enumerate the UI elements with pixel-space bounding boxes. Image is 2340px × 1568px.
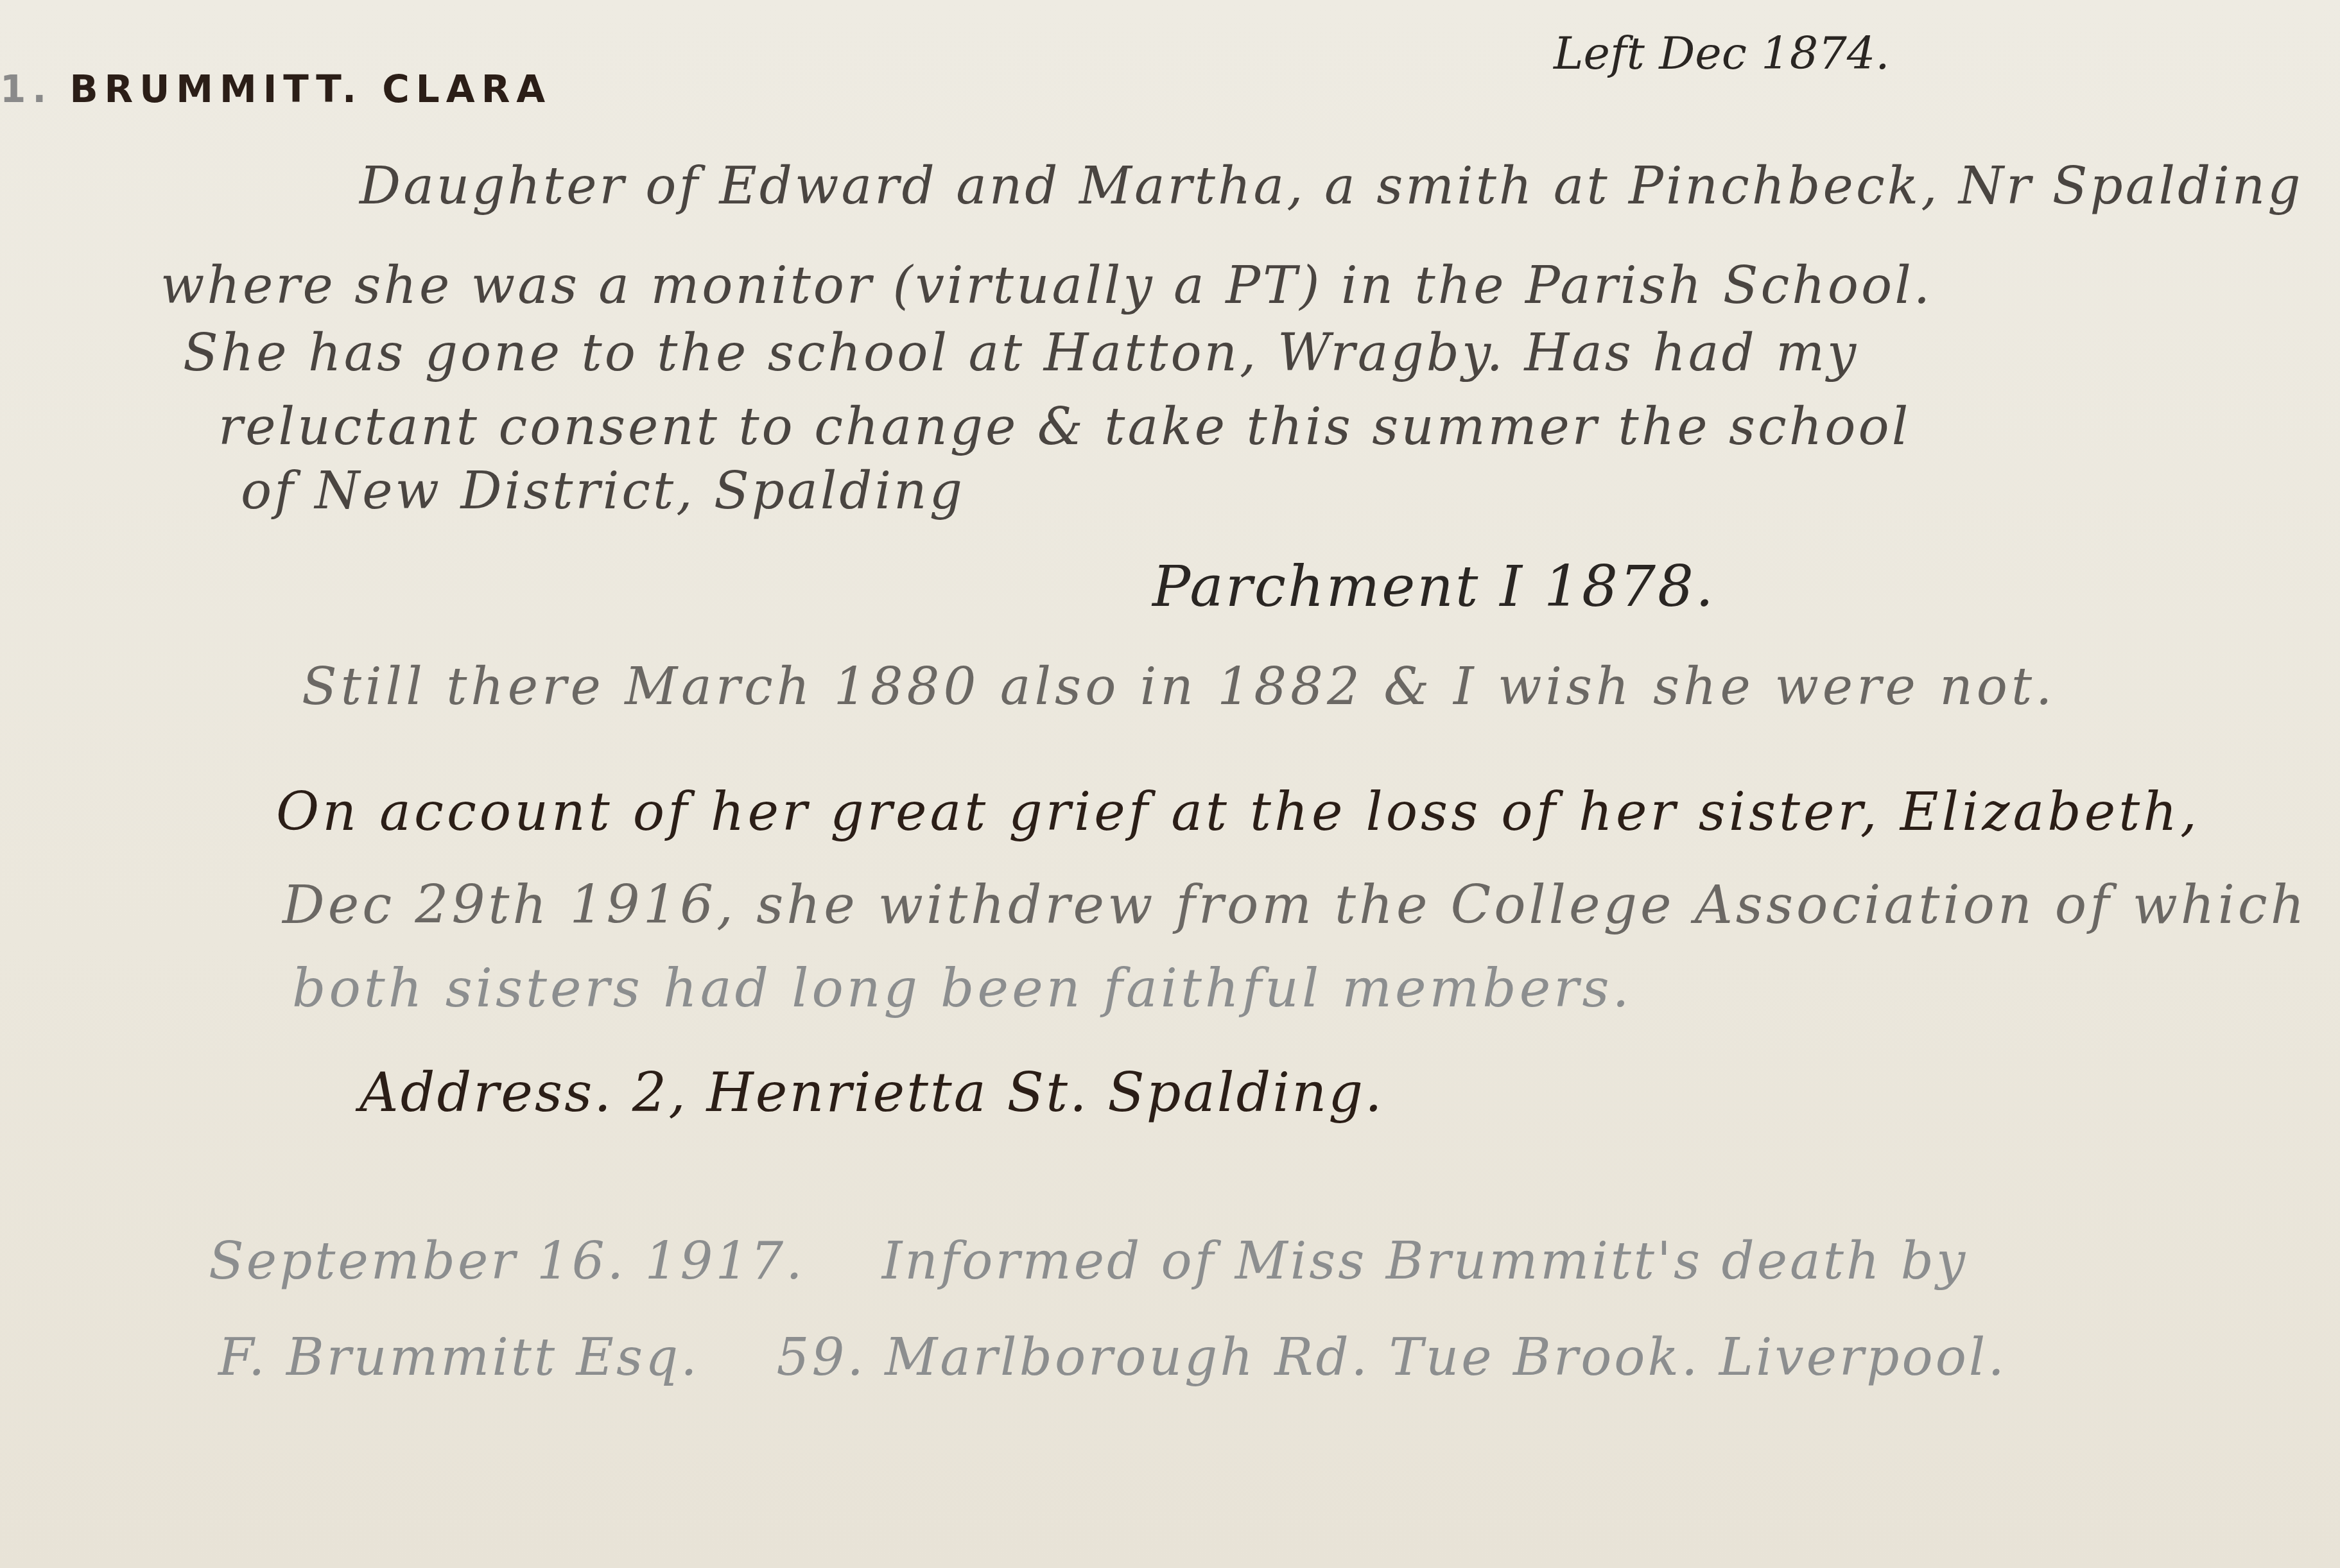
- death-notice-line-2: F. Brummitt Esq.59. Marlborough Rd. Tue …: [218, 1332, 2007, 1383]
- biography-line-5: of New District, Spalding: [241, 465, 965, 517]
- entry-name: BRUMMITT. CLARA: [69, 67, 551, 111]
- register-page: 1.BRUMMITT. CLARA Left Dec 1874. Daughte…: [0, 0, 2340, 1568]
- biography-line-3: She has gone to the school at Hatton, Wr…: [183, 327, 1859, 379]
- biography-line-4: reluctant consent to change & take this …: [218, 401, 1911, 452]
- entry-index: 1.: [0, 67, 53, 111]
- biography-line-1: Daughter of Edward and Martha, a smith a…: [360, 160, 2303, 212]
- biography-line-2: where she was a monitor (virtually a PT)…: [160, 260, 1932, 311]
- entry-header: 1.BRUMMITT. CLARA: [0, 71, 551, 108]
- parchment-note: Parchment I 1878.: [1152, 558, 1715, 615]
- death-notice-date: September 16. 1917.: [209, 1231, 805, 1291]
- address-note: Address. 2, Henrietta St. Spalding.: [360, 1065, 1384, 1119]
- informant-address: 59. Marlborough Rd. Tue Brook. Liverpool…: [777, 1327, 2007, 1387]
- later-note-line-3: both sisters had long been faithful memb…: [292, 963, 1633, 1015]
- later-note-line-2: Dec 29th 1916, she withdrew from the Col…: [282, 879, 2308, 932]
- still-there-note: Still there March 1880 also in 1882 & I …: [302, 661, 2056, 712]
- later-note-line-1: On account of her great grief at the los…: [276, 786, 2200, 839]
- death-notice-text: Informed of Miss Brummitt's death by: [882, 1231, 1968, 1291]
- death-notice-line-1: September 16. 1917.Informed of Miss Brum…: [209, 1236, 1968, 1287]
- left-date-note: Left Dec 1874.: [1554, 31, 1890, 76]
- informant-name: F. Brummitt Esq.: [218, 1327, 700, 1387]
